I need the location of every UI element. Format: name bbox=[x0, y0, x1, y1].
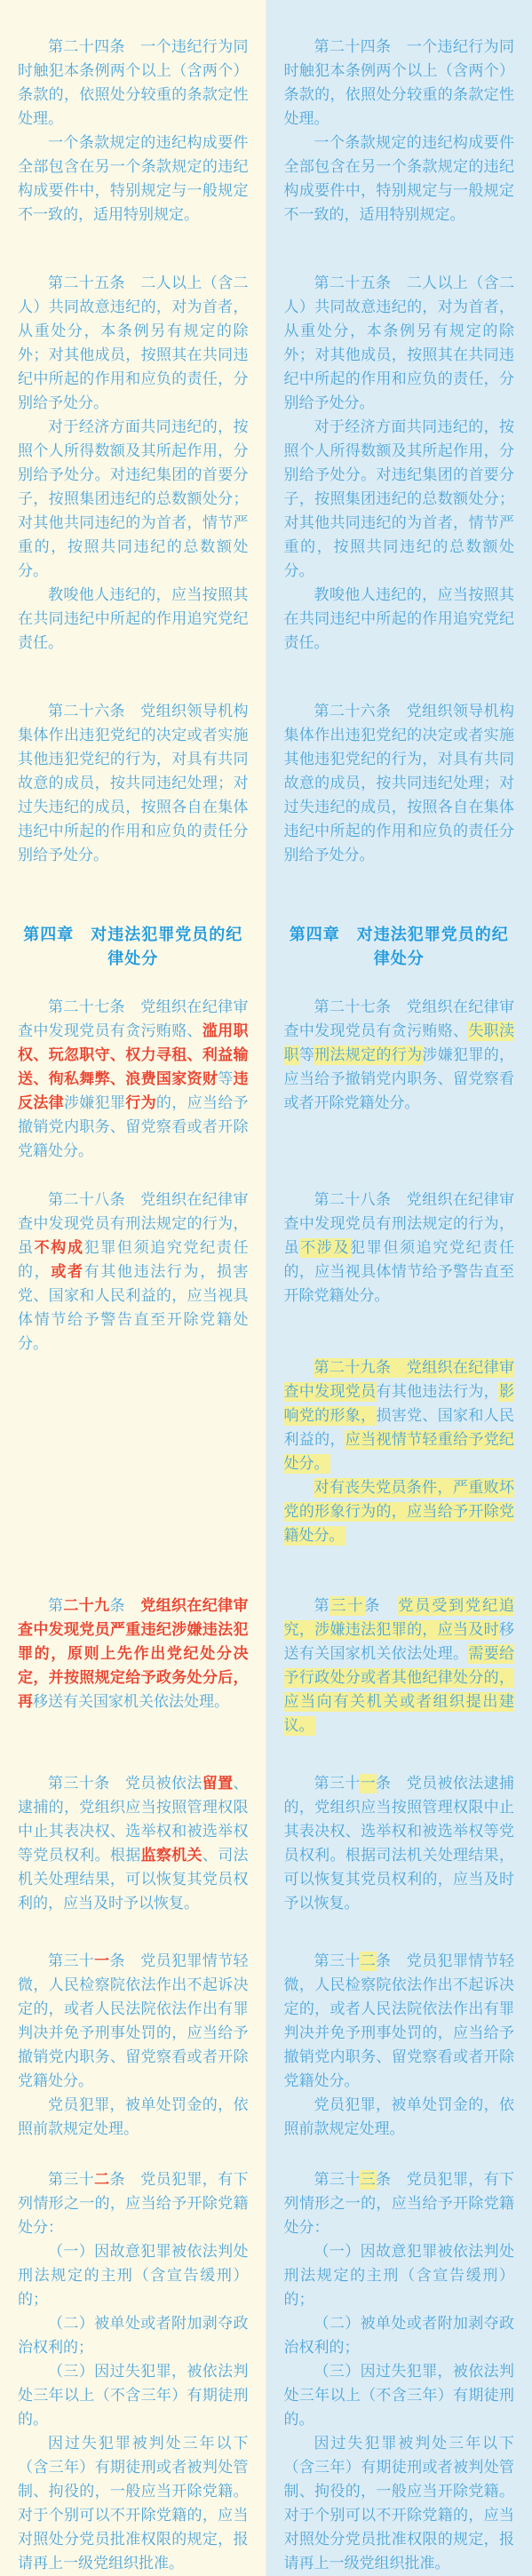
article-paragraph: 第三十条 党员受到党纪追究，涉嫌违法犯罪的，应当及时移送有关国家机关依法处理。需… bbox=[284, 1594, 515, 1738]
new-version-cell: 第四章 对违法犯罪党员的纪律处分 bbox=[0, 923, 266, 971]
article-paragraph: 一个条款规定的违纪构成要件全部包含在另一个条款规定的违纪构成要件中，特别规定与一… bbox=[18, 131, 249, 227]
text-run-added-red: 二 bbox=[94, 2171, 109, 2189]
article-paragraph: 因过失犯罪被判处三年以下（含三年）有期徒刑或者被判处管制、拘役的，一般应当开除党… bbox=[18, 2432, 249, 2576]
text-run-normal: 一个条款规定的违纪构成要件全部包含在另一个条款规定的违纪构成要件中，特别规定与一… bbox=[284, 134, 515, 224]
text-run-normal: 对于经济方面共同违纪的，按照个人所得数额及其所起作用，分别给予处分。对违纪集团的… bbox=[18, 418, 249, 580]
old-version-cell: 第二十四条 一个违纪行为同时触犯本条例两个以上（含两个）条款的，依照处分较重的条… bbox=[266, 36, 532, 227]
row-article-27: 第二十七条 党组织在纪律审查中发现党员有贪污贿赂、滥用职权、玩忽职守、权力寻租、… bbox=[0, 996, 532, 1164]
article-paragraph: 第二十九条 党组织在纪律审查中发现党员有其他违法行为，影响党的形象，损害党、国家… bbox=[284, 1356, 515, 1476]
article-paragraph: 党员犯罪，被单处罚金的，依照前款规定处理。 bbox=[18, 2094, 249, 2142]
text-run-normal: 党员犯罪，被单处罚金的，依照前款规定处理。 bbox=[18, 2096, 249, 2138]
text-run-added-red: 监察机关 bbox=[141, 1847, 202, 1864]
new-version-cell: 第二十七条 党组织在纪律审查中发现党员有贪污贿赂、滥用职权、玩忽职守、权力寻租、… bbox=[0, 996, 266, 1164]
text-run-normal: 第二十六条 党组织领导机构集体作出违犯党纪的决定或者实施其他违犯党纪的行为，对具… bbox=[284, 703, 515, 864]
article-paragraph: 对于经济方面共同违纪的，按照个人所得数额及其所起作用，分别给予处分。对违纪集团的… bbox=[284, 416, 515, 584]
text-run-normal: 第二十四条 一个违纪行为同时触犯本条例两个以上（含两个）条款的，依照处分较重的条… bbox=[284, 38, 515, 128]
article-paragraph: 第三十三条 党员犯罪，有下列情形之一的，应当给予开除党籍处分： bbox=[284, 2168, 515, 2240]
article-paragraph: 第二十八条 党组织在纪律审查中发现党员有刑法规定的行为，虽不构成犯罪但须追究党纪… bbox=[18, 1189, 249, 1356]
article-paragraph: 第二十九条 党组织在纪律审查中发现党员严重违纪涉嫌违法犯罪的，原则上先作出党纪处… bbox=[18, 1594, 249, 1714]
text-run-added-red: 一 bbox=[94, 1952, 109, 1970]
row-article-30-new-vs-31-old: 第三十条 党员被依法留置、逮捕的，党组织应当按照管理权限中止其表决权、选举权和被… bbox=[0, 1772, 532, 1916]
article-paragraph: 第三十二条 党员犯罪情节轻微，人民检察院依法作出不起诉决定的，或者人民法院依法作… bbox=[284, 1950, 515, 2094]
old-version-cell: 第二十七条 党组织在纪律审查中发现党员有贪污贿赂、失职渎职等刑法规定的行为涉嫌犯… bbox=[266, 996, 532, 1116]
article-paragraph: 第二十五条 二人以上（含二人）共同故意违纪的，对为首者，从重处分，本条例另有规定… bbox=[18, 272, 249, 416]
article-paragraph: 教唆他人违纪的，应当按照其在共同违纪中所起的作用追究党纪责任。 bbox=[284, 584, 515, 656]
old-version-cell: 第四章 对违法犯罪党员的纪律处分 bbox=[266, 923, 532, 971]
article-paragraph: 第三十条 党员被依法留置、逮捕的，党组织应当按照管理权限中止其表决权、选举权和被… bbox=[18, 1772, 249, 1916]
text-run-normal: 条 bbox=[110, 1597, 141, 1615]
text-run-normal: 条 党员犯罪情节轻微，人民检察院依法作出不起诉决定的，或者人民法院依法作出有罪判… bbox=[284, 1952, 515, 2090]
text-run-removed-highlight: 对有丧失党员条件，严重败坏党的形象行为的，应当给予开除党籍处分。 bbox=[284, 1479, 515, 1545]
article-paragraph: 第二十四条 一个违纪行为同时触犯本条例两个以上（含两个）条款的，依照处分较重的条… bbox=[18, 36, 249, 131]
article-paragraph: 教唆他人违纪的，应当按照其在共同违纪中所起的作用追究党纪责任。 bbox=[18, 584, 249, 656]
text-run-normal: 第三十 bbox=[314, 1775, 361, 1793]
row-article-32-new-vs-33-old: 第三十二条 党员犯罪，有下列情形之一的，应当给予开除党籍处分：（一）因故意犯罪被… bbox=[0, 2168, 532, 2576]
article-paragraph: 第二十八条 党组织在纪律审查中发现党员有刑法规定的行为，虽不涉及犯罪但须追究党纪… bbox=[284, 1189, 515, 1308]
text-run-normal: 条 党员犯罪情节轻微，人民检察院依法作出不起诉决定的，或者人民法院依法作出有罪判… bbox=[18, 1952, 249, 2090]
text-run-normal: 第二十六条 党组织领导机构集体作出违犯党纪的决定或者实施其他违犯党纪的行为，对具… bbox=[18, 703, 249, 864]
old-version-cell: 第三十三条 党员犯罪，有下列情形之一的，应当给予开除党籍处分：（一）因故意犯罪被… bbox=[266, 2168, 532, 2576]
text-run-normal: 第二十五条 二人以上（含二人）共同故意违纪的，对为首者，从重处分，本条例另有规定… bbox=[18, 274, 249, 412]
text-run-removed-highlight: 二 bbox=[361, 1952, 376, 1970]
article-paragraph: 第二十六条 党组织领导机构集体作出违犯党纪的决定或者实施其他违犯党纪的行为，对具… bbox=[18, 700, 249, 868]
article-paragraph: 第二十七条 党组织在纪律审查中发现党员有贪污贿赂、滥用职权、玩忽职守、权力寻租、… bbox=[18, 996, 249, 1164]
article-paragraph: 第三十二条 党员犯罪，有下列情形之一的，应当给予开除党籍处分： bbox=[18, 2168, 249, 2240]
article-paragraph: 第三十一条 党员被依法逮捕的，党组织应当按照管理权限中止其表决权、选举权和被选举… bbox=[284, 1772, 515, 1916]
text-run-removed-highlight: 一 bbox=[361, 1775, 376, 1793]
text-run-added-red: 二十九 bbox=[63, 1597, 109, 1615]
article-paragraph: 第二十六条 党组织领导机构集体作出违犯党纪的决定或者实施其他违犯党纪的行为，对具… bbox=[284, 700, 515, 868]
text-run-bold-blue: 第四章 对违法犯罪党员的纪律处分 bbox=[23, 926, 242, 968]
text-run-normal: 第二十五条 二人以上（含二人）共同故意违纪的，对为首者，从重处分，本条例另有规定… bbox=[284, 274, 515, 412]
article-paragraph: 党员犯罪，被单处罚金的，依照前款规定处理。 bbox=[284, 2094, 515, 2142]
comparison-page: 第二十四条 一个违纪行为同时触犯本条例两个以上（含两个）条款的，依照处分较重的条… bbox=[0, 0, 532, 2576]
text-run-removed-highlight: 刑法规定的行为 bbox=[314, 1046, 422, 1064]
text-run-normal: 等 bbox=[218, 1070, 233, 1088]
text-run-normal: 第三十 bbox=[48, 1952, 94, 1970]
article-paragraph: 对于经济方面共同违纪的，按照个人所得数额及其所起作用，分别给予处分。对违纪集团的… bbox=[18, 416, 249, 584]
text-run-normal: （一）因故意犯罪被依法判处刑法规定的主刑（含宣告缓刑）的； bbox=[284, 2243, 515, 2309]
old-version-cell: 第二十五条 二人以上（含二人）共同故意违纪的，对为首者，从重处分，本条例另有规定… bbox=[266, 272, 532, 656]
article-paragraph: （一）因故意犯罪被依法判处刑法规定的主刑（含宣告缓刑）的； bbox=[18, 2240, 249, 2312]
article-paragraph: 一个条款规定的违纪构成要件全部包含在另一个条款规定的违纪构成要件中，特别规定与一… bbox=[284, 131, 515, 227]
article-paragraph: （三）因过失犯罪，被依法判处三年以上（不含三年）有期徒刑的。 bbox=[284, 2360, 515, 2432]
text-run-added-red: 不构成 bbox=[35, 1239, 84, 1257]
row-article-29-old-only: 第二十九条 党组织在纪律审查中发现党员有其他违法行为，影响党的形象，损害党、国家… bbox=[0, 1356, 532, 1548]
text-run-normal: 教唆他人违纪的，应当按照其在共同违纪中所起的作用追究党纪责任。 bbox=[284, 586, 515, 652]
text-run-normal: 涉嫌犯罪 bbox=[64, 1094, 125, 1112]
text-run-normal: 因过失犯罪被判处三年以下（含三年）有期徒刑或者被判处管制、拘役的，一般应当开除党… bbox=[18, 2435, 249, 2572]
old-version-cell: 第二十九条 党组织在纪律审查中发现党员有其他违法行为，影响党的形象，损害党、国家… bbox=[266, 1356, 532, 1548]
old-version-cell: 第三十一条 党员被依法逮捕的，党组织应当按照管理权限中止其表决权、选举权和被选举… bbox=[266, 1772, 532, 1916]
text-run-removed-highlight: 不涉及 bbox=[300, 1239, 350, 1257]
new-version-cell: 第二十五条 二人以上（含二人）共同故意违纪的，对为首者，从重处分，本条例另有规定… bbox=[0, 272, 266, 656]
old-version-cell: 第三十条 党员受到党纪追究，涉嫌违法犯罪的，应当及时移送有关国家机关依法处理。需… bbox=[266, 1594, 532, 1738]
text-run-normal: （二）被单处或者附加剥夺政治权利的； bbox=[284, 2315, 515, 2357]
article-paragraph: （一）因故意犯罪被依法判处刑法规定的主刑（含宣告缓刑）的； bbox=[284, 2240, 515, 2312]
chapter-heading: 第四章 对违法犯罪党员的纪律处分 bbox=[18, 923, 249, 971]
row-article-28: 第二十八条 党组织在纪律审查中发现党员有刑法规定的行为，虽不构成犯罪但须追究党纪… bbox=[0, 1189, 532, 1356]
old-version-cell: 第三十二条 党员犯罪情节轻微，人民检察院依法作出不起诉决定的，或者人民法院依法作… bbox=[266, 1950, 532, 2142]
new-version-cell: 第二十四条 一个违纪行为同时触犯本条例两个以上（含两个）条款的，依照处分较重的条… bbox=[0, 36, 266, 227]
new-version-cell: 第三十二条 党员犯罪，有下列情形之一的，应当给予开除党籍处分：（一）因故意犯罪被… bbox=[0, 2168, 266, 2576]
text-run-normal: 第 bbox=[48, 1597, 63, 1615]
text-run-normal: 条 bbox=[364, 1597, 398, 1615]
text-run-bold-blue: 第四章 对违法犯罪党员的纪律处分 bbox=[290, 926, 509, 968]
text-run-normal: （一）因故意犯罪被依法判处刑法规定的主刑（含宣告缓刑）的； bbox=[18, 2243, 249, 2309]
article-paragraph: 对有丧失党员条件，严重败坏党的形象行为的，应当给予开除党籍处分。 bbox=[284, 1476, 515, 1548]
article-paragraph: 第二十五条 二人以上（含二人）共同故意违纪的，对为首者，从重处分，本条例另有规定… bbox=[284, 272, 515, 416]
article-paragraph: （二）被单处或者附加剥夺政治权利的； bbox=[18, 2312, 249, 2360]
old-version-cell: 第二十六条 党组织领导机构集体作出违犯党纪的决定或者实施其他违犯党纪的行为，对具… bbox=[266, 700, 532, 868]
new-version-cell: 第二十八条 党组织在纪律审查中发现党员有刑法规定的行为，虽不构成犯罪但须追究党纪… bbox=[0, 1189, 266, 1356]
chapter-heading: 第四章 对违法犯罪党员的纪律处分 bbox=[284, 923, 515, 971]
text-run-normal: 教唆他人违纪的，应当按照其在共同违纪中所起的作用追究党纪责任。 bbox=[18, 586, 249, 652]
article-paragraph: 第三十一条 党员犯罪情节轻微，人民检察院依法作出不起诉决定的，或者人民法院依法作… bbox=[18, 1950, 249, 2094]
text-run-normal: （二）被单处或者附加剥夺政治权利的； bbox=[18, 2315, 249, 2357]
text-run-normal: 第三十条 党员被依法 bbox=[48, 1775, 202, 1793]
text-run-normal: 等 bbox=[299, 1046, 314, 1064]
article-paragraph: 第二十四条 一个违纪行为同时触犯本条例两个以上（含两个）条款的，依照处分较重的条… bbox=[284, 36, 515, 131]
row-article-26: 第二十六条 党组织领导机构集体作出违犯党纪的决定或者实施其他违犯党纪的行为，对具… bbox=[0, 700, 532, 868]
text-run-normal: 第 bbox=[314, 1597, 331, 1615]
new-version-cell: 第二十六条 党组织领导机构集体作出违犯党纪的决定或者实施其他违犯党纪的行为，对具… bbox=[0, 700, 266, 868]
text-run-normal: （三）因过失犯罪，被依法判处三年以上（不含三年）有期徒刑的。 bbox=[284, 2363, 515, 2429]
old-version-cell: 第二十八条 党组织在纪律审查中发现党员有刑法规定的行为，虽不涉及犯罪但须追究党纪… bbox=[266, 1189, 532, 1308]
new-version-cell: 第三十一条 党员犯罪情节轻微，人民检察院依法作出不起诉决定的，或者人民法院依法作… bbox=[0, 1950, 266, 2142]
text-run-normal: （三）因过失犯罪，被依法判处三年以上（不含三年）有期徒刑的。 bbox=[18, 2363, 249, 2429]
text-run-normal: 因过失犯罪被判处三年以下（含三年）有期徒刑或者被判处管制、拘役的，一般应当开除党… bbox=[284, 2435, 515, 2572]
new-version-cell: 第三十条 党员被依法留置、逮捕的，党组织应当按照管理权限中止其表决权、选举权和被… bbox=[0, 1772, 266, 1916]
text-run-added-red: 留置 bbox=[202, 1775, 234, 1793]
text-run-normal: 有其他违法行为， bbox=[376, 1383, 499, 1401]
text-run-normal: 第三十 bbox=[314, 1952, 361, 1970]
text-run-removed-highlight: 三十 bbox=[330, 1597, 364, 1615]
text-run-added-red: 行为 bbox=[125, 1094, 156, 1112]
text-run-normal: 移送有关国家机关依法处理。 bbox=[33, 1693, 229, 1711]
text-run-normal: 第三十 bbox=[48, 2171, 94, 2189]
article-paragraph: （三）因过失犯罪，被依法判处三年以上（不含三年）有期徒刑的。 bbox=[18, 2360, 249, 2432]
text-run-normal: 对于经济方面共同违纪的，按照个人所得数额及其所起作用，分别给予处分。对违纪集团的… bbox=[284, 418, 515, 580]
text-run-normal: 第三十 bbox=[314, 2171, 361, 2189]
article-paragraph: 因过失犯罪被判处三年以下（含三年）有期徒刑或者被判处管制、拘役的，一般应当开除党… bbox=[284, 2432, 515, 2576]
text-run-normal: 第二十四条 一个违纪行为同时触犯本条例两个以上（含两个）条款的，依照处分较重的条… bbox=[18, 38, 249, 128]
row-article-25: 第二十五条 二人以上（含二人）共同故意违纪的，对为首者，从重处分，本条例另有规定… bbox=[0, 272, 532, 656]
text-run-normal: 一个条款规定的违纪构成要件全部包含在另一个条款规定的违纪构成要件中，特别规定与一… bbox=[18, 134, 249, 224]
row-article-24: 第二十四条 一个违纪行为同时触犯本条例两个以上（含两个）条款的，依照处分较重的条… bbox=[0, 36, 532, 227]
row-article-31-new-vs-32-old: 第三十一条 党员犯罪情节轻微，人民检察院依法作出不起诉决定的，或者人民法院依法作… bbox=[0, 1950, 532, 2142]
new-version-cell: 第二十九条 党组织在纪律审查中发现党员严重违纪涉嫌违法犯罪的，原则上先作出党纪处… bbox=[0, 1594, 266, 1714]
text-run-normal: 党员犯罪，被单处罚金的，依照前款规定处理。 bbox=[284, 2096, 515, 2138]
text-run-removed-highlight: 三 bbox=[361, 2171, 376, 2189]
text-run-normal: 条 党员被依法逮捕的，党组织应当按照管理权限中止其表决权、选举权和被选举权等党员… bbox=[284, 1775, 515, 1912]
text-run-added-red: 或者 bbox=[51, 1263, 83, 1281]
article-paragraph: 第二十七条 党组织在纪律审查中发现党员有贪污贿赂、失职渎职等刑法规定的行为涉嫌犯… bbox=[284, 996, 515, 1116]
row-article-29-new-vs-30-old: 第二十九条 党组织在纪律审查中发现党员严重违纪涉嫌违法犯罪的，原则上先作出党纪处… bbox=[0, 1594, 532, 1738]
article-paragraph: （二）被单处或者附加剥夺政治权利的； bbox=[284, 2312, 515, 2360]
row-chapter-4-heading: 第四章 对违法犯罪党员的纪律处分第四章 对违法犯罪党员的纪律处分 bbox=[0, 923, 532, 971]
